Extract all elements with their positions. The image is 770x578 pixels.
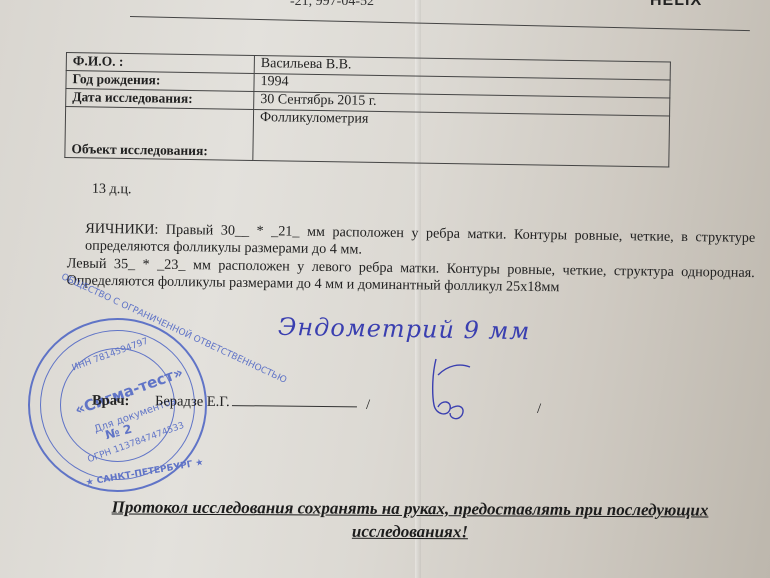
stamp-number: № 2 [104,422,134,443]
stamp-ogrn: ОГРН 1137847474533 [86,421,185,465]
patient-info-table: Ф.И.О. : Васильева В.В. Год рождения: 19… [64,52,671,167]
value-exam-object: Фолликулометрия [253,109,670,167]
handwritten-endometrium-note: Эндометрий 9 мм [278,313,531,345]
right-ovary-text: Правый 30__ * _21_ мм расположен у ребра… [85,221,755,257]
separator-slash: / [366,397,370,414]
ovaries-heading: ЯИЧНИКИ: [85,220,158,237]
handwritten-signature [428,355,478,425]
clinic-logo: HELIX [650,0,702,10]
separator-slash: / [537,401,541,418]
cycle-day: 13 д.ц. [92,181,756,208]
stamp-city: ★ САНКТ-ПЕТЕРБУРГ ★ [85,458,204,489]
doctor-label: Врач: [92,393,130,409]
signature-line [232,393,357,407]
header-divider [130,16,750,32]
stamp-inn: ИНН 7814594797 [71,337,150,374]
retention-notice: Протокол исследования сохранять на руках… [90,495,730,544]
report-body: 13 д.ц. ЯИЧНИКИ: Правый 30__ * _21_ мм р… [36,180,755,300]
header-phone: -21, 997-04-52 [290,0,374,10]
info-row-exam-object: Объект исследования: Фолликулометрия [65,107,670,167]
label-exam-object: Объект исследования: [65,107,254,161]
doctor-line: Врач: Берадзе Е.Г. [92,392,357,413]
doctor-name: Берадзе Е.Г. [155,393,230,410]
